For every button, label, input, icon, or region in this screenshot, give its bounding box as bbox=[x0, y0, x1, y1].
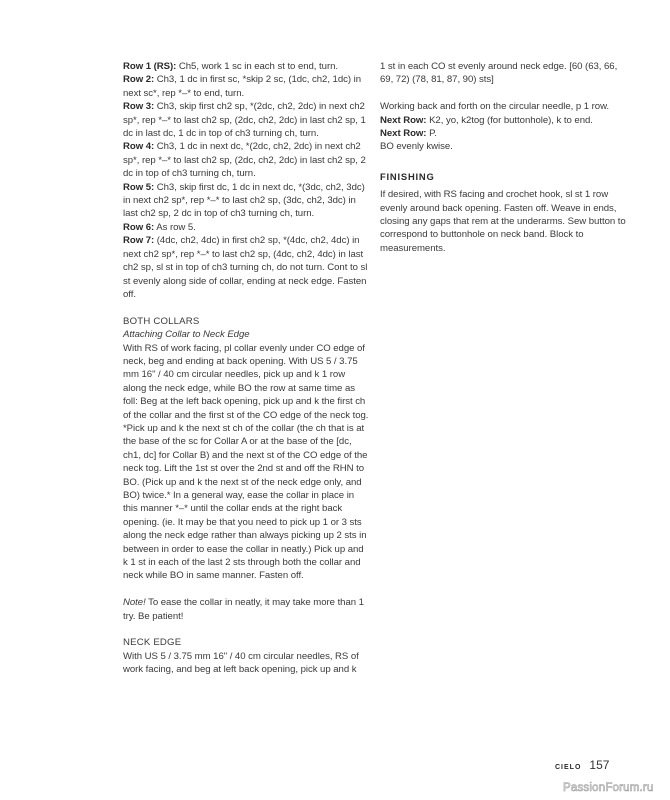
pattern-row-4: Row 4: Ch3, 1 dc in next dc, *(2dc, ch2,… bbox=[123, 140, 369, 180]
spacer bbox=[380, 154, 630, 170]
section-subheading: Attaching Collar to Neck Edge bbox=[123, 328, 369, 341]
row-label: Row 4: bbox=[123, 141, 154, 152]
left-column: Row 1 (RS): Ch5, work 1 sc in each st to… bbox=[123, 60, 369, 677]
row-text: Ch3, 1 dc in next dc, *(2dc, ch2, 2dc) i… bbox=[123, 141, 366, 179]
spacer bbox=[123, 583, 369, 596]
page-footer: CIELO 157 bbox=[555, 758, 609, 772]
next-row-2: Next Row: P. bbox=[380, 127, 630, 140]
pattern-row-7: Row 7: (4dc, ch2, 4dc) in first ch2 sp, … bbox=[123, 234, 369, 301]
row-label: Row 2: bbox=[123, 74, 154, 85]
row-label: Next Row: bbox=[380, 115, 426, 126]
spacer bbox=[123, 301, 369, 314]
row-text: Ch3, 1 dc in first sc, *skip 2 sc, (1dc,… bbox=[123, 74, 361, 98]
section-heading: BOTH COLLARS bbox=[123, 315, 369, 328]
next-row-1: Next Row: K2, yo, k2tog (for buttonhole)… bbox=[380, 114, 630, 127]
note-label: Note! bbox=[123, 597, 146, 608]
section-body: With US 5 / 3.75 mm 16" / 40 cm circular… bbox=[123, 650, 369, 677]
row-text: Ch3, skip first ch2 sp, *(2dc, ch2, 2dc)… bbox=[123, 101, 366, 139]
row-text: As row 5. bbox=[154, 222, 196, 233]
row-text: Ch3, skip first dc, 1 dc in next dc, *(3… bbox=[123, 182, 365, 220]
both-collars-section: BOTH COLLARS Attaching Collar to Neck Ed… bbox=[123, 315, 369, 583]
neck-edge-section: NECK EDGE With US 5 / 3.75 mm 16" / 40 c… bbox=[123, 636, 369, 676]
pattern-row-1: Row 1 (RS): Ch5, work 1 sc in each st to… bbox=[123, 60, 369, 73]
spacer bbox=[123, 623, 369, 636]
row-text: (4dc, ch2, 4dc) in first ch2 sp, *(4dc, … bbox=[123, 235, 367, 300]
row-text: P. bbox=[426, 128, 436, 139]
working-instruction: Working back and forth on the circular n… bbox=[380, 100, 630, 113]
spacer bbox=[380, 87, 630, 100]
note-paragraph: Note! To ease the collar in neatly, it m… bbox=[123, 596, 369, 623]
pattern-row-2: Row 2: Ch3, 1 dc in first sc, *skip 2 sc… bbox=[123, 73, 369, 100]
row-label: Next Row: bbox=[380, 128, 426, 139]
watermark: PassionForum.ru bbox=[563, 782, 654, 794]
row-text: K2, yo, k2tog (for buttonhole), k to end… bbox=[426, 115, 592, 126]
row-text: Ch5, work 1 sc in each st to end, turn. bbox=[176, 61, 338, 72]
row-label: Row 3: bbox=[123, 101, 154, 112]
right-column: 1 st in each CO st evenly around neck ed… bbox=[380, 60, 630, 255]
section-heading: NECK EDGE bbox=[123, 636, 369, 649]
neck-edge-continued: 1 st in each CO st evenly around neck ed… bbox=[380, 60, 630, 87]
row-label: Row 5: bbox=[123, 182, 154, 193]
brand-name: CIELO bbox=[555, 764, 581, 771]
finishing-section: FINISHING If desired, with RS facing and… bbox=[380, 170, 630, 255]
note-text: To ease the collar in neatly, it may tak… bbox=[123, 597, 364, 621]
section-body: With RS of work facing, pl collar evenly… bbox=[123, 342, 369, 583]
section-heading: FINISHING bbox=[380, 170, 630, 183]
pattern-row-5: Row 5: Ch3, skip first dc, 1 dc in next … bbox=[123, 181, 369, 221]
pattern-row-6: Row 6: As row 5. bbox=[123, 221, 369, 234]
row-label: Row 6: bbox=[123, 222, 154, 233]
row-label: Row 7: bbox=[123, 235, 154, 246]
pattern-row-3: Row 3: Ch3, skip first ch2 sp, *(2dc, ch… bbox=[123, 100, 369, 140]
section-body: If desired, with RS facing and crochet h… bbox=[380, 188, 630, 255]
bind-off-instruction: BO evenly kwise. bbox=[380, 140, 630, 153]
page-number: 157 bbox=[589, 758, 609, 772]
row-label: Row 1 (RS): bbox=[123, 61, 176, 72]
